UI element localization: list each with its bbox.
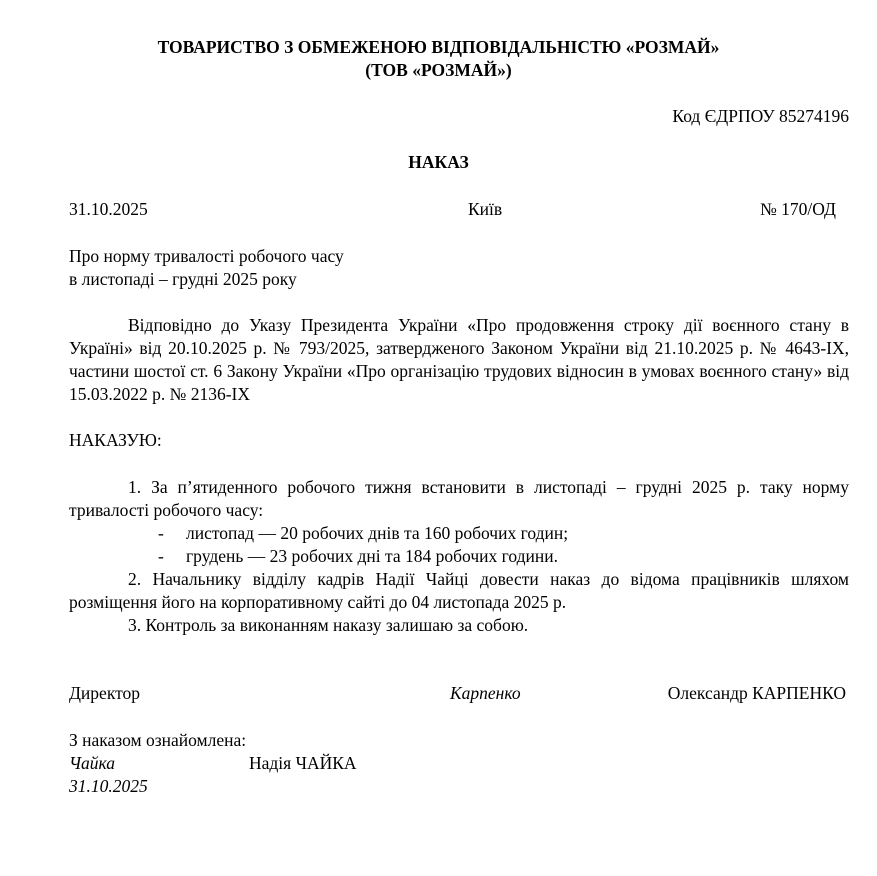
acknowledgement-date: 31.10.2025: [69, 775, 148, 797]
document-title: НАКАЗ: [0, 151, 877, 173]
order-number: № 170/ОД: [760, 198, 836, 220]
acknowledgement-name: Надія ЧАЙКА: [249, 752, 357, 774]
order-word: НАКАЗУЮ:: [69, 429, 162, 451]
order-subject-line-2: в листопаді – грудні 2025 року: [69, 268, 297, 290]
bullet-dash: -: [158, 522, 164, 545]
acknowledgement-signature: Чайка: [69, 752, 115, 774]
order-date: 31.10.2025: [69, 198, 148, 220]
preamble-paragraph: Відповідно до Указу Президента України «…: [69, 314, 849, 406]
organization-short-name: (ТОВ «РОЗМАЙ»): [0, 59, 877, 81]
order-item-2: 2. Начальнику відділу кадрів Надії Чайці…: [69, 568, 849, 614]
bullet-text: листопад — 20 робочих днів та 160 робочи…: [186, 522, 568, 545]
bullet-dash: -: [158, 545, 164, 568]
bullet-text: грудень — 23 робочих дні та 184 робочих …: [186, 545, 558, 568]
order-item-3: 3. Контроль за виконанням наказу залишаю…: [128, 614, 528, 636]
order-city: Київ: [468, 198, 502, 220]
director-signature: Карпенко: [450, 682, 521, 704]
signatory-position: Директор: [69, 682, 140, 704]
organization-name: ТОВАРИСТВО З ОБМЕЖЕНОЮ ВІДПОВІДАЛЬНІСТЮ …: [0, 36, 877, 58]
order-subject-line-1: Про норму тривалості робочого часу: [69, 245, 344, 267]
director-name: Олександр КАРПЕНКО: [668, 682, 846, 704]
acknowledgement-label: З наказом ознайомлена:: [69, 729, 246, 751]
edrpou-code: Код ЄДРПОУ 85274196: [672, 105, 849, 127]
order-item-1: 1. За п’ятиденного робочого тижня встано…: [69, 476, 849, 522]
